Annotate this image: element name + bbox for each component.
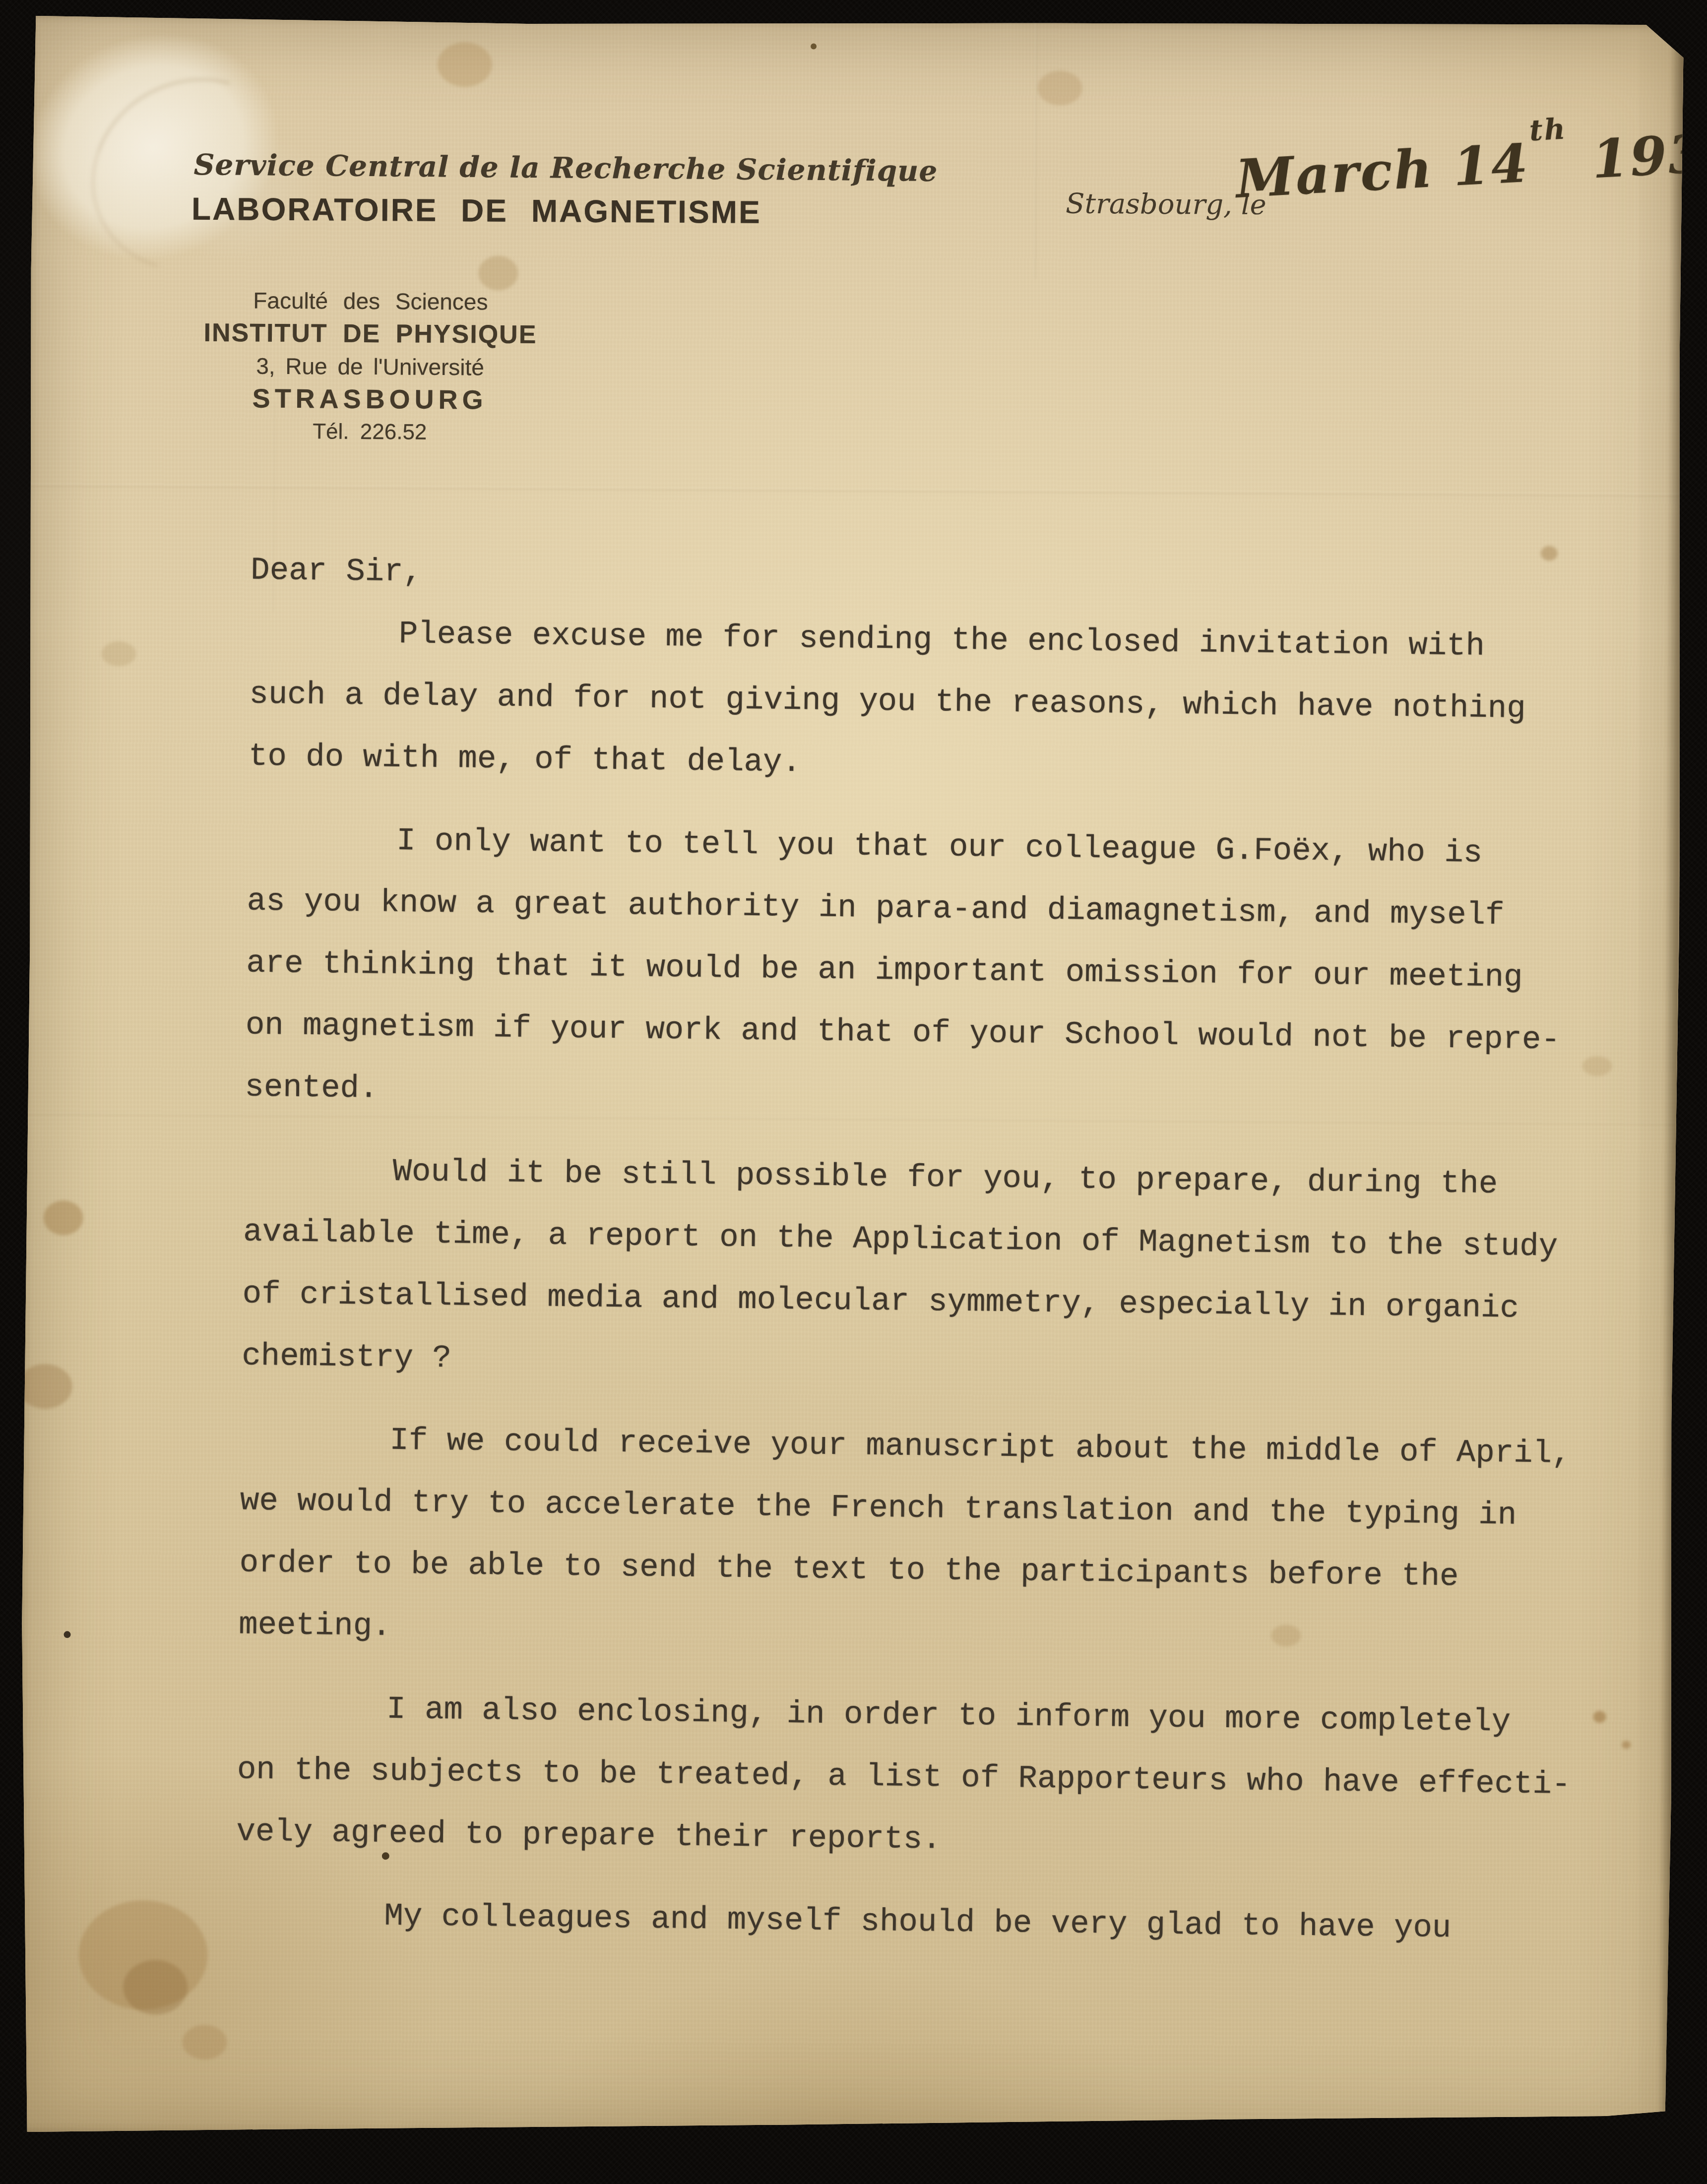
letterhead-telephone: Tél. 226.52 xyxy=(192,415,547,449)
letterhead-faculty: Faculté des Sciences xyxy=(193,284,548,318)
letterhead-street: 3, Rue de l'Université xyxy=(192,349,548,384)
letterhead-institute: INSTITUT DE PHYSIQUE xyxy=(192,316,548,351)
dateline-handwritten: March 14th1939 xyxy=(1234,120,1707,210)
handwritten-day: March 14 xyxy=(1234,132,1531,210)
stain xyxy=(78,1900,208,2010)
stain xyxy=(811,43,817,49)
stain xyxy=(1037,70,1082,106)
paragraph: If we could receive your manuscript abou… xyxy=(238,1408,1585,1672)
stain xyxy=(1593,1711,1606,1723)
handwritten-ordinal: th xyxy=(1528,112,1568,147)
letter-body: Dear Sir, Please excuse me for sending t… xyxy=(235,540,1595,1962)
paragraph: Would it be still possible for you, to p… xyxy=(242,1140,1588,1403)
stain xyxy=(182,2025,227,2060)
scan-edge-shadow xyxy=(1657,25,1685,2142)
stain xyxy=(17,1364,72,1409)
stain xyxy=(438,42,493,87)
letterhead-city: STRASBOURG xyxy=(192,382,548,417)
letter-page: Service Central de la Recherche Scientif… xyxy=(18,15,1685,2142)
letterhead-address-block: Faculté des Sciences INSTITUT DE PHYSIQU… xyxy=(192,284,548,449)
stain xyxy=(101,641,136,666)
paragraph: I only want to tell you that our colleag… xyxy=(245,809,1592,1134)
paragraph: My colleagues and myself should be very … xyxy=(235,1884,1580,1961)
scanned-letter-screenshot: { "colors":{ "background":"#0b0907", "pa… xyxy=(0,0,1707,2184)
handwritten-year: 1939 xyxy=(1590,120,1707,190)
stain xyxy=(1622,1741,1631,1749)
paragraph: Please excuse me for sending the enclose… xyxy=(248,602,1594,804)
fold-crease xyxy=(1033,21,1037,279)
letterhead-laboratory-name: LABORATOIRE DE MAGNETISME xyxy=(191,190,761,231)
ink-speck xyxy=(63,1631,70,1638)
stain xyxy=(43,1200,83,1235)
letterhead-service-line: Service Central de la Recherche Scientif… xyxy=(193,148,938,188)
paragraph: I am also enclosing, in order to inform … xyxy=(236,1677,1582,1878)
letter-line: My colleagues and myself should be very … xyxy=(235,1884,1580,1961)
fold-crease xyxy=(28,484,1682,497)
stain xyxy=(123,1960,188,2015)
